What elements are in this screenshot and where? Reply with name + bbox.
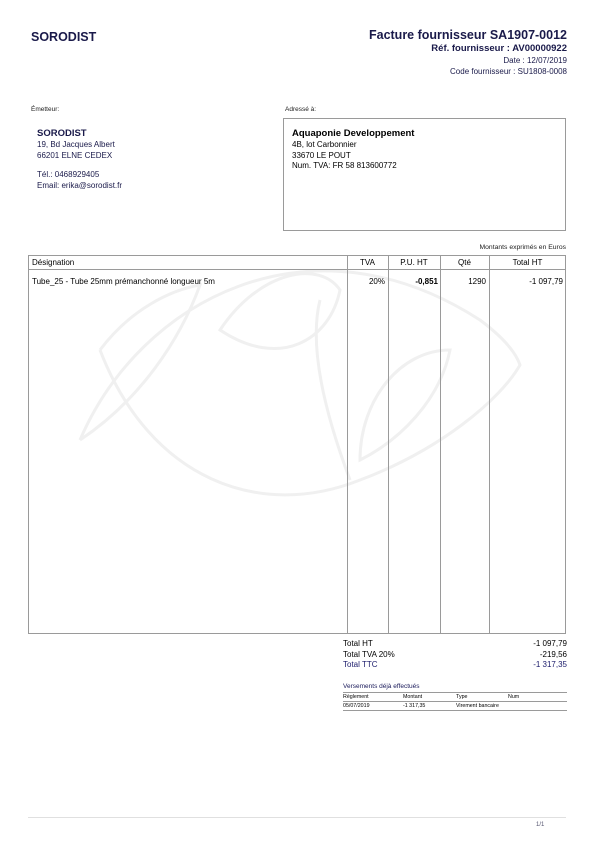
- total-ttc-row: Total TTC -1 317,35: [343, 660, 567, 671]
- total-ht-row: Total HT -1 097,79: [343, 639, 567, 650]
- row-qty: 1290: [440, 277, 486, 286]
- recipient-address-line2: 33670 LE POUT: [292, 151, 414, 162]
- payment-type: Virement bancaire: [456, 702, 499, 710]
- row-unit-price: -0,851: [388, 277, 438, 286]
- invoice-title: Facture fournisseur SA1907-0012: [369, 28, 567, 43]
- emitter-block: SORODIST 19, Bd Jacques Albert 66201 ELN…: [37, 128, 122, 191]
- invoice-header: Facture fournisseur SA1907-0012 Réf. fou…: [369, 28, 567, 77]
- recipient-label: Adressé à:: [285, 106, 316, 113]
- recipient-vat: Num. TVA: FR 58 813600772: [292, 161, 414, 172]
- payments-header-row: Règlement Montant Type Num: [343, 692, 567, 702]
- col-header-qty: Qté: [440, 258, 489, 267]
- col-header-designation: Désignation: [32, 258, 74, 267]
- recipient-name: Aquaponie Developpement: [292, 128, 414, 140]
- total-tva-value: -219,56: [540, 650, 567, 661]
- payments-col-reglement: Règlement: [343, 693, 369, 701]
- currency-note: Montants exprimés en Euros: [479, 244, 566, 251]
- row-tva: 20%: [347, 277, 385, 286]
- row-total-ht: -1 097,79: [489, 277, 563, 286]
- emitter-name: SORODIST: [37, 128, 122, 140]
- col-header-total-ht: Total HT: [489, 258, 566, 267]
- invoice-lines-table: Désignation TVA P.U. HT Qté Total HT Tub…: [28, 255, 566, 634]
- total-tva-label: Total TVA 20%: [343, 650, 395, 661]
- page-number: 1/1: [536, 822, 544, 828]
- footer-divider: [28, 817, 566, 818]
- emitter-address-line2: 66201 ELNE CEDEX: [37, 151, 122, 162]
- total-ht-label: Total HT: [343, 639, 373, 650]
- recipient-address-line1: 4B, lot Carbonnier: [292, 140, 414, 151]
- emitter-email: Email: erika@sorodist.fr: [37, 181, 122, 192]
- payment-row: 05/07/2019 -1 317,35 Virement bancaire: [343, 702, 567, 711]
- supplier-ref: Réf. fournisseur : AV00000922: [369, 43, 567, 55]
- payment-date: 05/07/2019: [343, 702, 370, 710]
- supplier-code: Code fournisseur : SU1808-0008: [369, 66, 567, 77]
- totals-block: Total HT -1 097,79 Total TVA 20% -219,56…: [343, 639, 567, 671]
- col-header-unit-price: P.U. HT: [388, 258, 440, 267]
- total-ht-value: -1 097,79: [533, 639, 567, 650]
- col-header-tva: TVA: [347, 258, 388, 267]
- payments-block: Versements déjà effectués Règlement Mont…: [343, 683, 567, 711]
- invoice-date: Date : 12/07/2019: [369, 55, 567, 66]
- total-ttc-value: -1 317,35: [533, 660, 567, 671]
- payments-col-type: Type: [456, 693, 467, 701]
- payment-amount: -1 317,35: [403, 702, 425, 710]
- company-name: SORODIST: [31, 30, 96, 44]
- payments-col-num: Num: [508, 693, 519, 701]
- emitter-phone: Tél.: 0468929405: [37, 170, 122, 181]
- row-designation: Tube_25 - Tube 25mm prémanchonné longueu…: [32, 277, 215, 286]
- emitter-address-line1: 19, Bd Jacques Albert: [37, 140, 122, 151]
- total-ttc-label: Total TTC: [343, 660, 378, 671]
- total-tva-row: Total TVA 20% -219,56: [343, 650, 567, 661]
- payments-title: Versements déjà effectués: [343, 683, 567, 690]
- emitter-label: Émetteur:: [31, 106, 59, 113]
- payments-col-montant: Montant: [403, 693, 422, 701]
- recipient-box: Aquaponie Developpement 4B, lot Carbonni…: [283, 118, 566, 231]
